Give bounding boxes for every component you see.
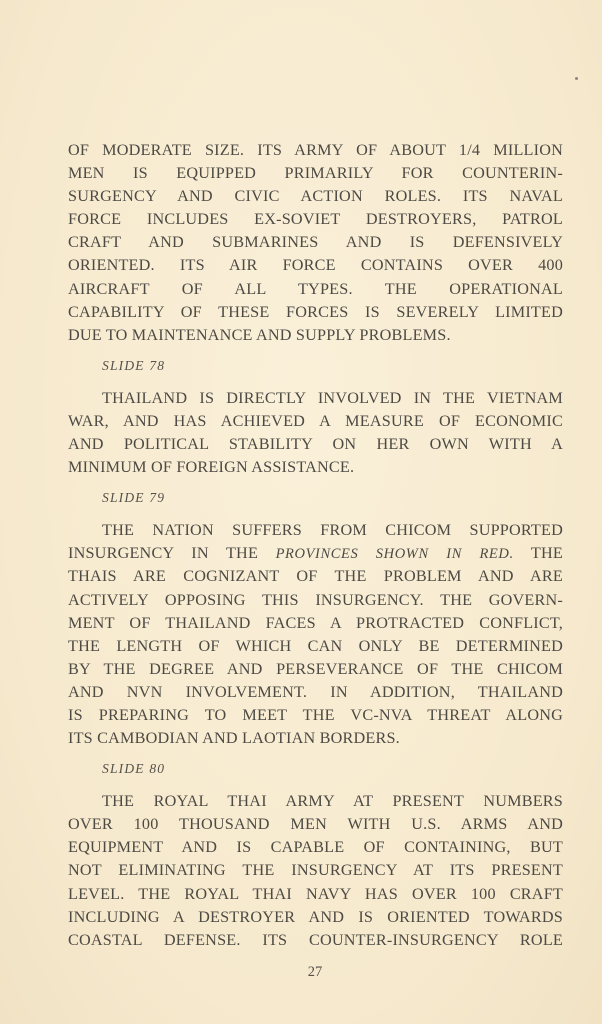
text-line: THE LENGTH OF WHICH CAN ONLY BE DETERMIN… xyxy=(68,635,563,658)
text-segment: INSURGENCY IN THE xyxy=(68,544,276,562)
slide-heading-80: SLIDE 80 xyxy=(68,754,563,784)
text-line: THAILAND IS DIRECTLY INVOLVED IN THE VIE… xyxy=(68,387,563,410)
text-line: CRAFT AND SUBMARINES AND IS DEFENSIVELY xyxy=(68,231,563,254)
text-line: BY THE DEGREE AND PERSEVERANCE OF THE CH… xyxy=(68,658,563,681)
text-line: ORIENTED. ITS AIR FORCE CONTAINS OVER 40… xyxy=(68,254,563,277)
paragraph-continuation: OF MODERATE SIZE. ITS ARMY OF ABOUT 1/4 … xyxy=(68,139,563,347)
text-line-mixed: INSURGENCY IN THE PROVINCES SHOWN IN RED… xyxy=(68,542,563,565)
text-line: IS PREPARING TO MEET THE VC-NVA THREAT A… xyxy=(68,704,563,727)
text-line: SURGENCY AND CIVIC ACTION ROLES. ITS NAV… xyxy=(68,185,563,208)
text-line: INCLUDING A DESTROYER AND IS ORIENTED TO… xyxy=(68,906,563,929)
text-line: AIRCRAFT OF ALL TYPES. THE OPERATIONAL xyxy=(68,278,563,301)
text-line: EQUIPMENT AND IS CAPABLE OF CONTAINING, … xyxy=(68,836,563,859)
text-line: AND NVN INVOLVEMENT. IN ADDITION, THAILA… xyxy=(68,681,563,704)
text-line: CAPABILITY OF THESE FORCES IS SEVERELY L… xyxy=(68,301,563,324)
text-line: MENT OF THAILAND FACES A PROTRACTED CONF… xyxy=(68,612,563,635)
paragraph-slide-78: THAILAND IS DIRECTLY INVOLVED IN THE VIE… xyxy=(68,387,563,479)
text-line: NOT ELIMINATING THE INSURGENCY AT ITS PR… xyxy=(68,859,563,882)
text-line: ITS CAMBODIAN AND LAOTIAN BORDERS. xyxy=(68,727,563,750)
text-line: WAR, AND HAS ACHIEVED A MEASURE OF ECONO… xyxy=(68,410,563,433)
paragraph-slide-79: THE NATION SUFFERS FROM CHICOM SUPPORTED… xyxy=(68,519,563,750)
document-page: OF MODERATE SIZE. ITS ARMY OF ABOUT 1/4 … xyxy=(68,139,563,952)
paper-speck xyxy=(575,77,578,80)
text-line: THE ROYAL THAI ARMY AT PRESENT NUMBERS xyxy=(68,790,563,813)
text-line: LEVEL. THE ROYAL THAI NAVY HAS OVER 100 … xyxy=(68,883,563,906)
text-line: OVER 100 THOUSAND MEN WITH U.S. ARMS AND xyxy=(68,813,563,836)
text-line: FORCE INCLUDES EX-SOVIET DESTROYERS, PAT… xyxy=(68,208,563,231)
text-line: THE NATION SUFFERS FROM CHICOM SUPPORTED xyxy=(68,519,563,542)
text-line: THAIS ARE COGNIZANT OF THE PROBLEM AND A… xyxy=(68,565,563,588)
text-line: MINIMUM OF FOREIGN ASSISTANCE. xyxy=(68,456,563,479)
page-number: 27 xyxy=(0,964,602,981)
text-line: OF MODERATE SIZE. ITS ARMY OF ABOUT 1/4 … xyxy=(68,139,563,162)
text-line: DUE TO MAINTENANCE AND SUPPLY PROBLEMS. xyxy=(68,324,563,347)
slide-heading-79: SLIDE 79 xyxy=(68,483,563,513)
text-segment: THE xyxy=(514,544,563,562)
paragraph-slide-80: THE ROYAL THAI ARMY AT PRESENT NUMBERS O… xyxy=(68,790,563,952)
text-line: MEN IS EQUIPPED PRIMARILY FOR COUNTERIN- xyxy=(68,162,563,185)
text-line: COASTAL DEFENSE. ITS COUNTER-INSURGENCY … xyxy=(68,929,563,952)
italic-emphasis: PROVINCES SHOWN IN RED. xyxy=(276,546,514,562)
text-line: ACTIVELY OPPOSING THIS INSURGENCY. THE G… xyxy=(68,589,563,612)
slide-heading-78: SLIDE 78 xyxy=(68,351,563,381)
text-line: AND POLITICAL STABILITY ON HER OWN WITH … xyxy=(68,433,563,456)
